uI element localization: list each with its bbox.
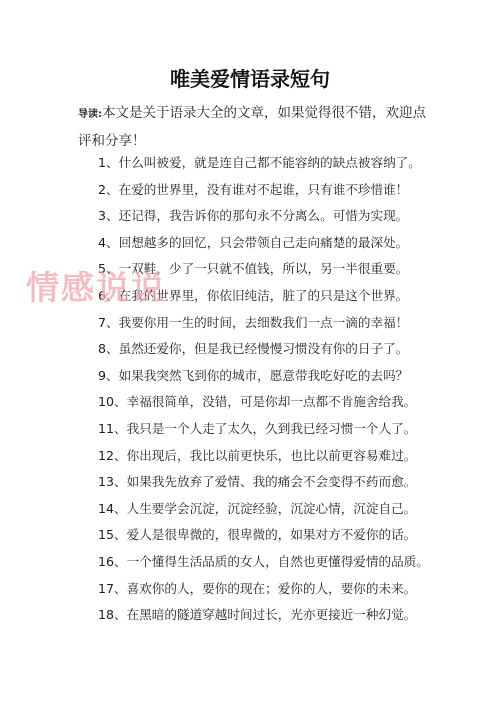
list-item: 8、虽然还爱你，但是我已经慢慢习惯没有你的日子了。 [98,336,429,363]
document-title: 唯美爱情语录短句 [0,63,500,92]
intro-label: 导读: [78,109,102,120]
list-item: 7、我要你用一生的时间，去细数我们一点一滴的幸福！ [98,310,429,337]
list-item: 16、一个懂得生活品质的女人，自然也更懂得爱情的品质。 [98,549,429,576]
quote-list: 1、什么叫被爱，就是连自己都不能容纳的缺点被容纳了。 2、在爱的世界里，没有谁对… [98,150,429,629]
list-item: 1、什么叫被爱，就是连自己都不能容纳的缺点被容纳了。 [98,150,429,177]
list-item: 9、如果我突然飞到你的城市，愿意带我吃好吃的去吗？ [98,363,429,390]
list-item: 13、如果我先放弃了爱情、我的痛会不会变得不药而愈。 [98,469,429,496]
intro-paragraph: 导读:本文是关于语录大全的文章，如果觉得很不错，欢迎点评和分享！ [78,100,428,154]
list-item: 15、爱人是很卑微的，很卑微的，如果对方不爱你的话。 [98,522,429,549]
list-item: 10、幸福很简单，没错，可是你却一点都不肯施舍给我。 [98,389,429,416]
intro-text: 本文是关于语录大全的文章，如果觉得很不错，欢迎点评和分享！ [78,105,426,149]
list-item: 18、在黑暗的隧道穿越时间过长，光亦更接近一种幻觉。 [98,602,429,629]
list-item: 12、你出现后，我比以前更快乐，也比以前更容易难过。 [98,443,429,470]
list-item: 11、我只是一个人走了太久，久到我已经习惯一个人了。 [98,416,429,443]
list-item: 5、一双鞋，少了一只就不值钱，所以，另一半很重要。 [98,256,429,283]
list-item: 17、喜欢你的人，要你的现在；爱你的人，要你的未来。 [98,576,429,603]
list-item: 14、人生要学会沉淀，沉淀经验，沉淀心情，沉淀自己。 [98,496,429,523]
list-item: 3、还记得，我告诉你的那句永不分离么。可惜为实现。 [98,203,429,230]
list-item: 4、回想越多的回忆，只会带领自己走向痛楚的最深处。 [98,230,429,257]
list-item: 2、在爱的世界里，没有谁对不起谁，只有谁不珍惜谁！ [98,177,429,204]
list-item: 6、在我的世界里，你依旧纯洁，脏了的只是这个世界。 [98,283,429,310]
